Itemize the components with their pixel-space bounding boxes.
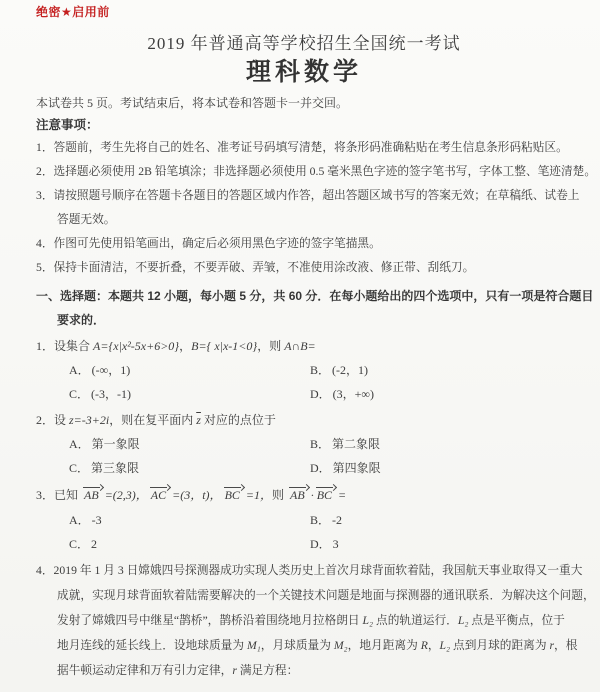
option-text: (-∞，1): [92, 358, 131, 382]
text-run: 4．2019 年 1 月 3 日嫦娥四号探测器成功实现人类历史上首次月球背面软着…: [36, 564, 582, 577]
math-expression: A∩B=: [284, 339, 315, 353]
vector-AB: AB: [289, 487, 308, 502]
subject-title: 理科数学: [36, 57, 572, 87]
text-run: 据牛顿运动定律和万有引力定律，: [57, 664, 232, 677]
notice-item-4: 4．作图可先使用铅笔画出，确定后必须用黑色字迹的签字笔描黑。: [36, 232, 572, 256]
question-4-line-5: 据牛顿运动定律和万有引力定律，r 满足方程：: [36, 658, 572, 683]
section-one-heading-cont: 要求的．: [36, 308, 572, 332]
option-label: B．: [310, 432, 330, 456]
text-run: ，地月距离为: [348, 639, 421, 652]
text-run: 点的轨道运行．: [373, 614, 458, 627]
question-1-option-a: A． (-∞，1): [36, 358, 310, 382]
text-run: ，月球质量为: [261, 639, 334, 652]
text-run: ，则在复平面内: [109, 413, 196, 427]
math-expression: =1，: [246, 488, 272, 502]
question-2: 2．设 z=-3+2i，则在复平面内 z 对应的点位于 A． 第一象限 B． 第…: [36, 408, 572, 480]
text-run: ，则: [257, 339, 284, 353]
question-2-option-c: C． 第三象限: [36, 456, 310, 480]
option-text: (-3，-1): [91, 382, 131, 406]
question-3-option-c: C． 2: [36, 532, 310, 556]
text-run: 对应的点位于: [201, 413, 276, 427]
math-expression: =: [338, 488, 346, 502]
option-label: C．: [69, 456, 89, 480]
option-label: D．: [310, 532, 331, 556]
question-3: 3．已知 AB=(2,3)，AC=(3，t)，BC=1，则 AB·BC= A． …: [36, 482, 572, 556]
exam-intro: 本试卷共 5 页。考试结束后，将本试卷和答题卡一并交回。: [36, 92, 572, 114]
question-3-option-b: B． -2: [310, 508, 342, 532]
question-1-option-b: B． (-2，1): [310, 358, 368, 382]
question-1: 1．设集合 A={x|x²-5x+6>0}，B={ x|x-1<0}，则 A∩B…: [36, 334, 572, 406]
option-text: 第四象限: [333, 456, 381, 480]
option-text: 第二象限: [332, 432, 380, 456]
vector-BC: BC: [316, 487, 335, 502]
question-3-options-row-2: C． 2 D． 3: [36, 532, 572, 556]
question-2-options-row-1: A． 第一象限 B． 第二象限: [36, 432, 572, 456]
math-expression: M₁: [247, 639, 261, 652]
math-expression: ·: [311, 488, 314, 502]
question-2-option-d: D． 第四象限: [310, 456, 381, 480]
option-text: (3，+∞): [333, 382, 374, 406]
math-expression: =(3，t)，: [172, 488, 221, 502]
text-run: ，根: [554, 639, 577, 652]
text-run: 满足方程：: [237, 664, 298, 677]
question-2-option-a: A． 第一象限: [36, 432, 310, 456]
option-text: 第三象限: [91, 456, 139, 480]
notice-heading: 注意事项：: [36, 114, 572, 136]
math-expression: M₂: [334, 639, 348, 652]
vector-BC: BC: [224, 487, 243, 502]
question-4-line-4: 地月连线的延长线上．设地球质量为 M₁，月球质量为 M₂，地月距离为 R，L₂ …: [36, 633, 572, 658]
option-label: A．: [69, 432, 90, 456]
question-2-option-b: B． 第二象限: [310, 432, 380, 456]
option-label: D．: [310, 456, 331, 480]
notice-item-2: 2．选择题必须使用 2B 铅笔填涂；非选择题必须使用 0.5 毫米黑色字迹的签字…: [36, 160, 572, 184]
option-text: 3: [333, 532, 339, 556]
option-label: D．: [310, 382, 331, 406]
text-run: 1．设集合: [36, 339, 93, 353]
text-run: 点是平衡点，位于: [468, 614, 564, 627]
question-4-line-3: 发射了嫦娥四号中继星“鹊桥”，鹊桥沿着围绕地月拉格朗日 L₂ 点的轨道运行．L₂…: [36, 608, 572, 633]
option-text: (-2，1): [332, 358, 368, 382]
math-expression: B={ x|x-1<0}: [191, 339, 257, 353]
text-run: 地月连线的延长线上．设地球质量为: [57, 639, 247, 652]
notice-item-3: 3．请按照题号顺序在答题卡各题目的答题区域内作答，超出答题区域书写的答案无效；在…: [36, 184, 572, 208]
text-run: 发射了嫦娥四号中继星“鹊桥”，鹊桥沿着围绕地月拉格朗日: [57, 614, 363, 627]
question-1-option-d: D． (3，+∞): [310, 382, 374, 406]
math-expression: L₂: [440, 639, 451, 652]
text-run: 3．已知: [36, 488, 81, 502]
question-1-option-c: C． (-3，-1): [36, 382, 310, 406]
vector-AB: AB: [83, 487, 102, 502]
question-2-stem: 2．设 z=-3+2i，则在复平面内 z 对应的点位于: [36, 408, 572, 432]
question-4-line-2: 成就，实现月球背面软着陆需要解决的一个关键技术问题是地面与探测器的通讯联系．为解…: [36, 583, 572, 608]
exam-title: 2019 年普通高等学校招生全国统一考试: [36, 33, 572, 55]
math-expression: =(2,3)，: [105, 488, 148, 502]
text-run: 则: [272, 488, 287, 502]
question-4-line-1: 4．2019 年 1 月 3 日嫦娥四号探测器成功实现人类历史上首次月球背面软着…: [36, 558, 572, 583]
exam-paper-page: 绝密★启用前 2019 年普通高等学校招生全国统一考试 理科数学 本试卷共 5 …: [0, 0, 600, 692]
option-text: 2: [91, 532, 97, 556]
option-label: C．: [69, 532, 89, 556]
question-1-options-row-2: C． (-3，-1) D． (3，+∞): [36, 382, 572, 406]
option-label: A．: [69, 508, 90, 532]
option-text: -3: [92, 508, 102, 532]
math-expression: z=-3+2i: [69, 413, 109, 427]
math-expression: L₂: [363, 614, 374, 627]
text-run: ，: [428, 639, 440, 652]
option-text: 第一象限: [92, 432, 140, 456]
notice-item-1: 1．答题前，考生先将自己的姓名、准考证号码填写清楚，将条形码准确粘贴在考生信息条…: [36, 136, 572, 160]
section-one-heading: 一、选择题：本题共 12 小题，每小题 5 分，共 60 分．在每小题给出的四个…: [36, 284, 572, 308]
question-4: 4．2019 年 1 月 3 日嫦娥四号探测器成功实现人类历史上首次月球背面软着…: [36, 558, 572, 683]
notice-item-3-cont: 答题无效。: [36, 208, 572, 232]
math-expression: R: [421, 639, 428, 652]
question-3-option-d: D． 3: [310, 532, 339, 556]
option-label: B．: [310, 508, 330, 532]
vector-AC: AC: [150, 487, 169, 502]
option-label: A．: [69, 358, 90, 382]
question-3-options-row-1: A． -3 B． -2: [36, 508, 572, 532]
text-run: 2．设: [36, 413, 69, 427]
notice-item-5: 5．保持卡面清洁，不要折叠，不要弄破、弄皱，不准使用涂改液、修正带、刮纸刀。: [36, 256, 572, 280]
option-text: -2: [332, 508, 342, 532]
text-run: 点到月球的距离为: [450, 639, 549, 652]
math-expression: A={x|x²-5x+6>0}: [93, 339, 179, 353]
question-2-options-row-2: C． 第三象限 D． 第四象限: [36, 456, 572, 480]
text-run: ，: [179, 339, 191, 353]
question-1-options-row-1: A． (-∞，1) B． (-2，1): [36, 358, 572, 382]
secrecy-label: 绝密★启用前: [36, 5, 572, 20]
text-run: 成就，实现月球背面软着陆需要解决的一个关键技术问题是地面与探测器的通讯联系．为解…: [57, 589, 595, 602]
math-expression: L₂: [458, 614, 469, 627]
question-3-option-a: A． -3: [36, 508, 310, 532]
option-label: C．: [69, 382, 89, 406]
option-label: B．: [310, 358, 330, 382]
question-3-stem: 3．已知 AB=(2,3)，AC=(3，t)，BC=1，则 AB·BC=: [36, 482, 572, 508]
question-1-stem: 1．设集合 A={x|x²-5x+6>0}，B={ x|x-1<0}，则 A∩B…: [36, 334, 572, 358]
